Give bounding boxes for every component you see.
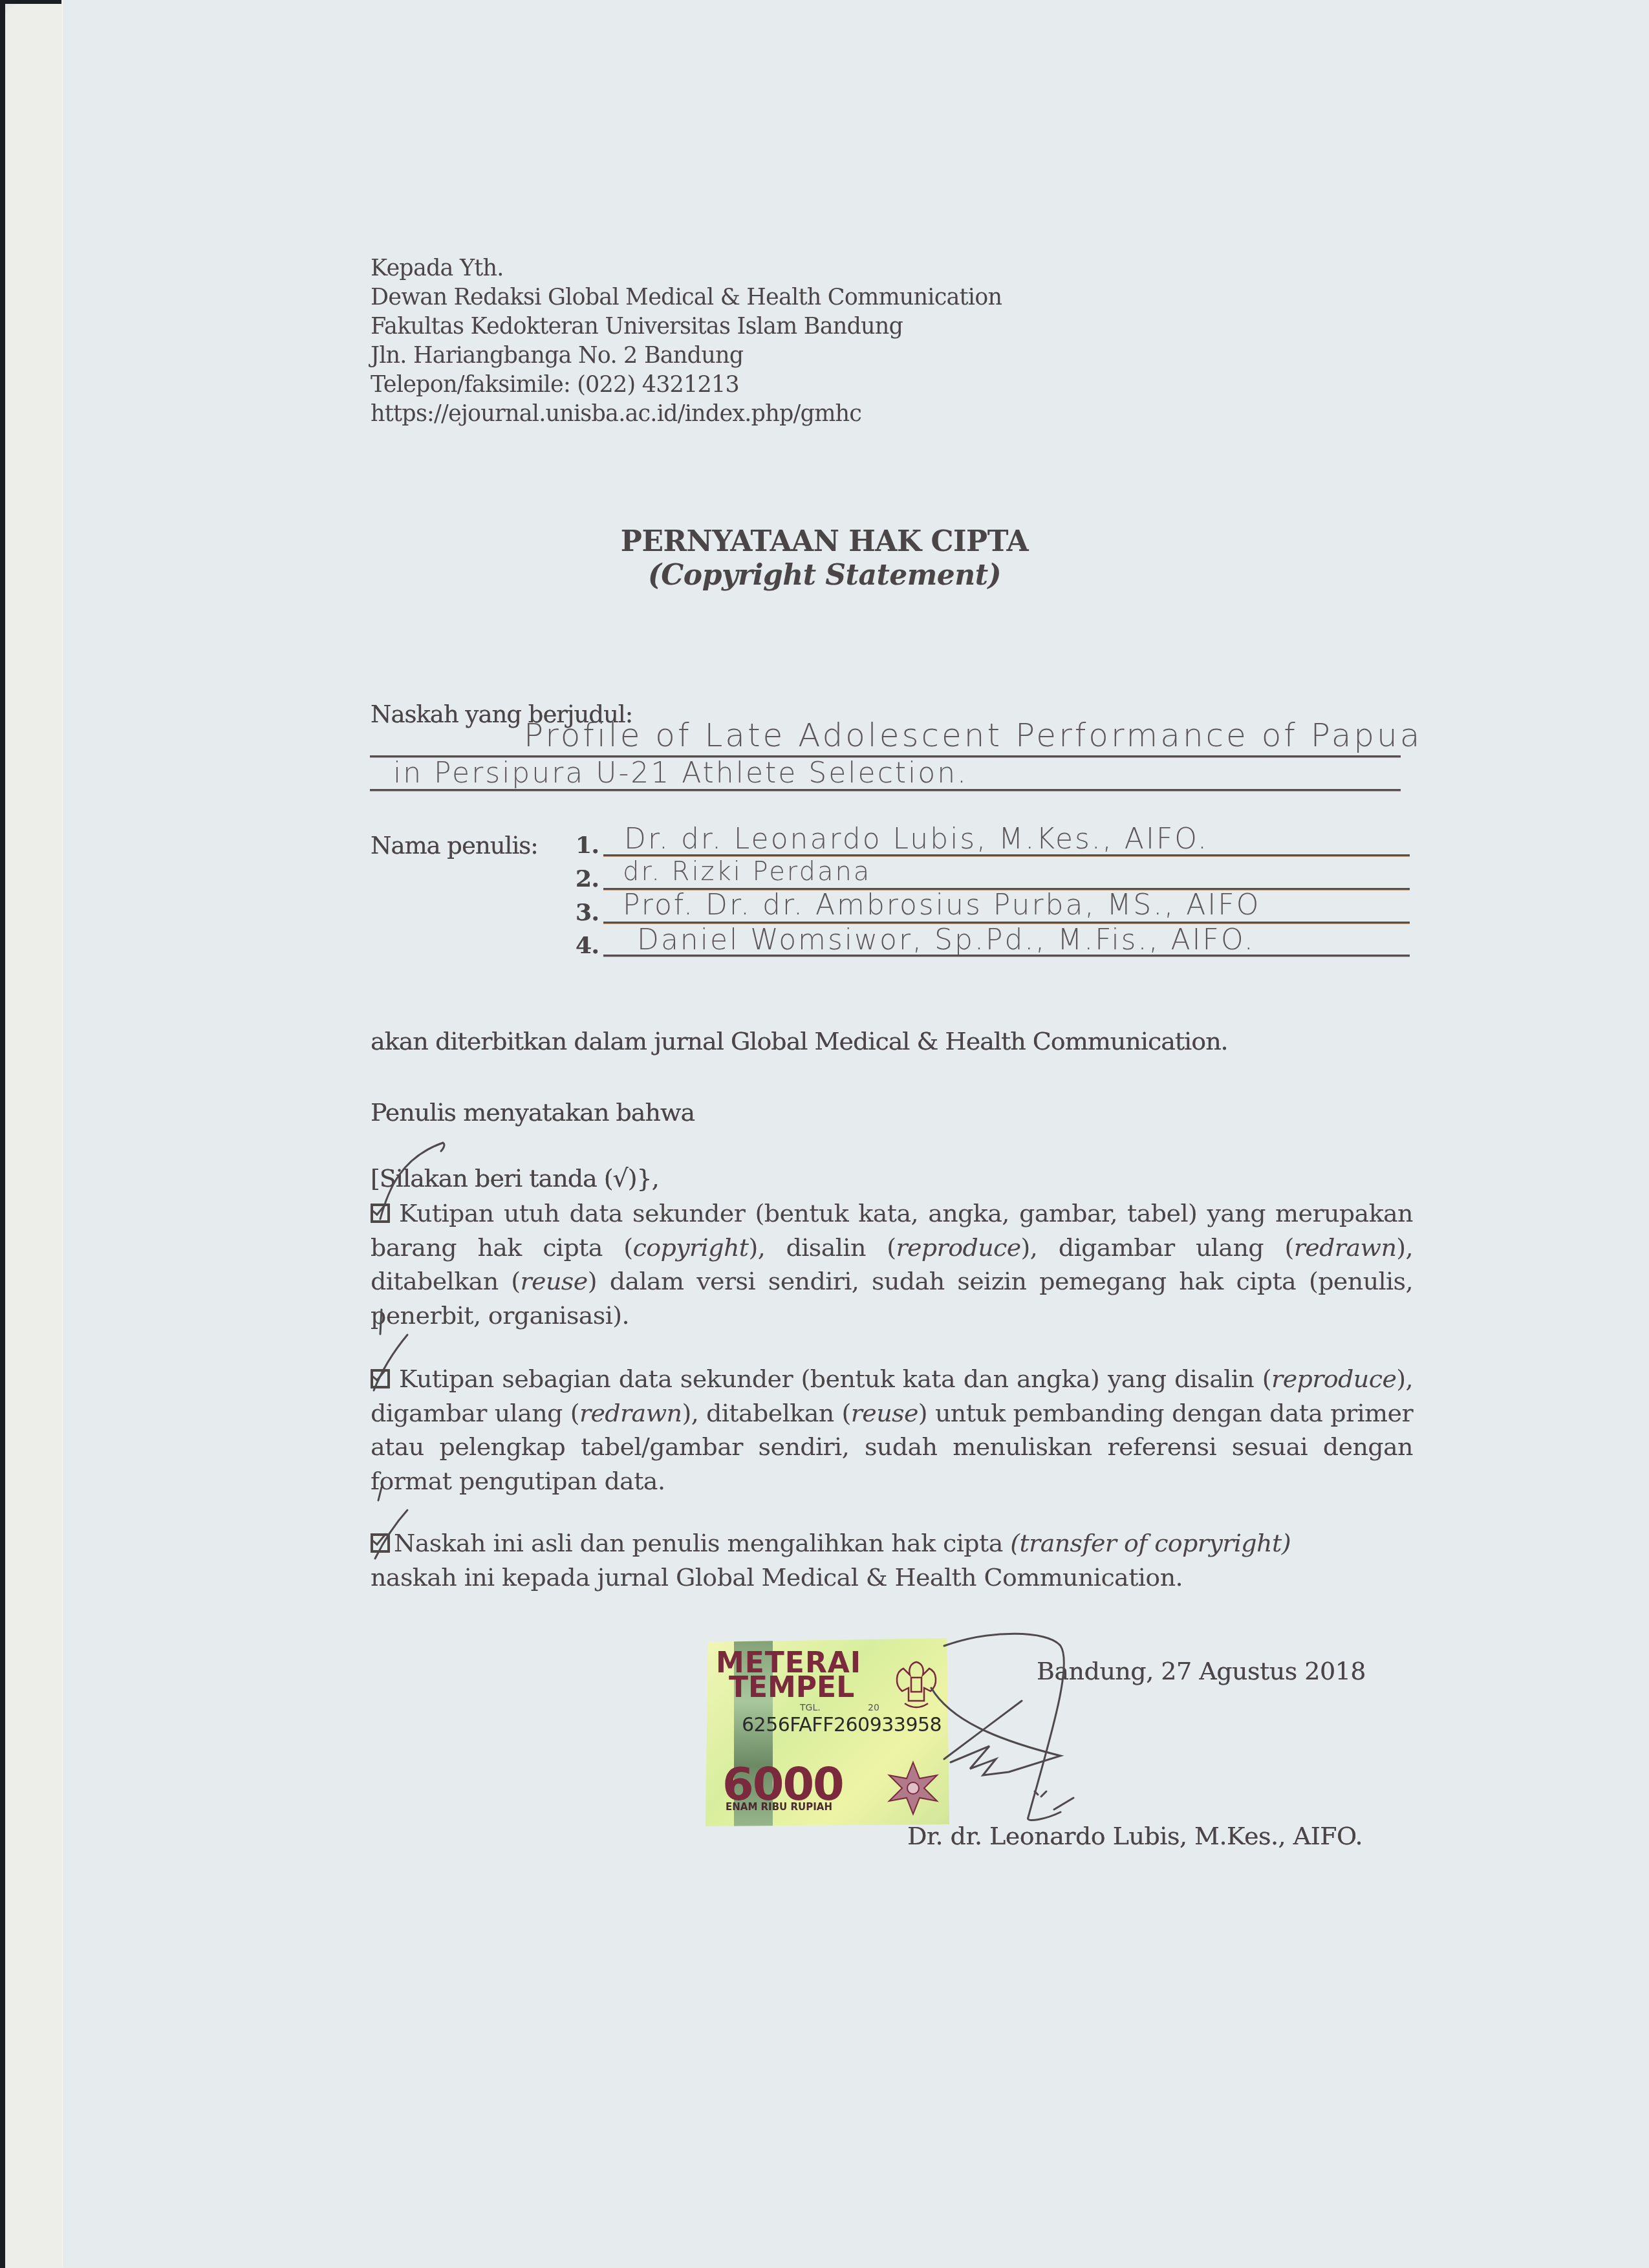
author-name: Dr. dr. Leonardo Lubis, M.Kes., AIFO. bbox=[624, 823, 1209, 856]
stamp-value-words: ENAM RIBU RUPIAH bbox=[726, 1801, 832, 1813]
author-number: 1. bbox=[576, 831, 599, 860]
flower-ornament-icon bbox=[884, 1759, 942, 1817]
author-number: 2. bbox=[576, 865, 599, 894]
stamp-serial: 6256FAFF260933958 bbox=[742, 1714, 942, 1736]
statement-text: Kutipan sebagian data sekunder (bentuk k… bbox=[371, 1365, 1413, 1495]
checkbox-checked-icon[interactable] bbox=[371, 1369, 390, 1388]
recipient-url: https://ejournal.unisba.ac.id/index.php/… bbox=[371, 400, 1002, 429]
author-name: dr. Rizki Perdana bbox=[623, 857, 871, 887]
author-number: 3. bbox=[576, 898, 599, 927]
checkbox-checked-icon[interactable] bbox=[371, 1533, 390, 1553]
place-date: Bandung, 27 Agustus 2018 bbox=[1037, 1657, 1366, 1686]
manuscript-title-line-2: in Persipura U-21 Athlete Selection. bbox=[393, 757, 968, 790]
garuda-emblem-icon bbox=[890, 1656, 942, 1714]
authors-label: Nama penulis: bbox=[371, 831, 538, 860]
scanner-border bbox=[0, 0, 5, 2268]
author-number: 4. bbox=[576, 931, 599, 960]
statement-text: Naskah ini asli dan penulis mengalihkan … bbox=[371, 1529, 1291, 1592]
statement-item: Kutipan sebagian data sekunder (bentuk k… bbox=[371, 1362, 1413, 1498]
statement-item: Naskah ini asli dan penulis mengalihkan … bbox=[371, 1526, 1413, 1594]
stamp-year-label: 20 bbox=[868, 1703, 879, 1713]
manuscript-rule-2 bbox=[370, 789, 1401, 792]
recipient-line: Telepon/faksimile: (022) 4321213 bbox=[371, 371, 1002, 400]
stamp-title-line-2: TEMPEL bbox=[729, 1675, 854, 1701]
author-rule bbox=[603, 955, 1410, 957]
recipient-address: Kepada Yth. Dewan Redaksi Global Medical… bbox=[371, 254, 1002, 429]
statement-intro: Penulis menyatakan bahwa bbox=[371, 1098, 695, 1127]
title-subtitle: (Copyright Statement) bbox=[0, 559, 1649, 592]
revenue-stamp: METERAI TEMPEL TGL. 20 6256FAFF260933958… bbox=[703, 1636, 952, 1830]
recipient-line: Fakultas Kedokteran Universitas Islam Ba… bbox=[371, 312, 1002, 341]
statement-item: Kutipan utuh data sekunder (bentuk kata,… bbox=[371, 1196, 1413, 1332]
manuscript-title-line-1: Profile of Late Adolescent Performance o… bbox=[524, 717, 1422, 754]
checkbox-checked-icon[interactable] bbox=[371, 1204, 390, 1223]
statement-text: Kutipan utuh data sekunder (bentuk kata,… bbox=[371, 1199, 1413, 1330]
author-name: Prof. Dr. dr. Ambrosius Purba, MS., AIFO bbox=[623, 889, 1260, 922]
stamp-date-label: TGL. bbox=[800, 1703, 821, 1713]
instruction-text: [Silakan beri tanda (√)}, bbox=[371, 1164, 659, 1193]
scanner-margin bbox=[5, 4, 62, 2268]
recipient-line: Dewan Redaksi Global Medical & Health Co… bbox=[371, 283, 1002, 312]
author-name: Daniel Womsiwor, Sp.Pd., M.Fis., AIFO. bbox=[637, 923, 1255, 956]
document-title: PERNYATAAN HAK CIPTA (Copyright Statemen… bbox=[0, 525, 1649, 592]
recipient-line: Jln. Hariangbanga No. 2 Bandung bbox=[371, 341, 1002, 371]
signatory-name: Dr. dr. Leonardo Lubis, M.Kes., AIFO. bbox=[907, 1822, 1363, 1851]
publish-statement: akan diterbitkan dalam jurnal Global Med… bbox=[371, 1027, 1228, 1056]
title-main: PERNYATAAN HAK CIPTA bbox=[0, 525, 1649, 559]
recipient-line: Kepada Yth. bbox=[371, 254, 1002, 283]
